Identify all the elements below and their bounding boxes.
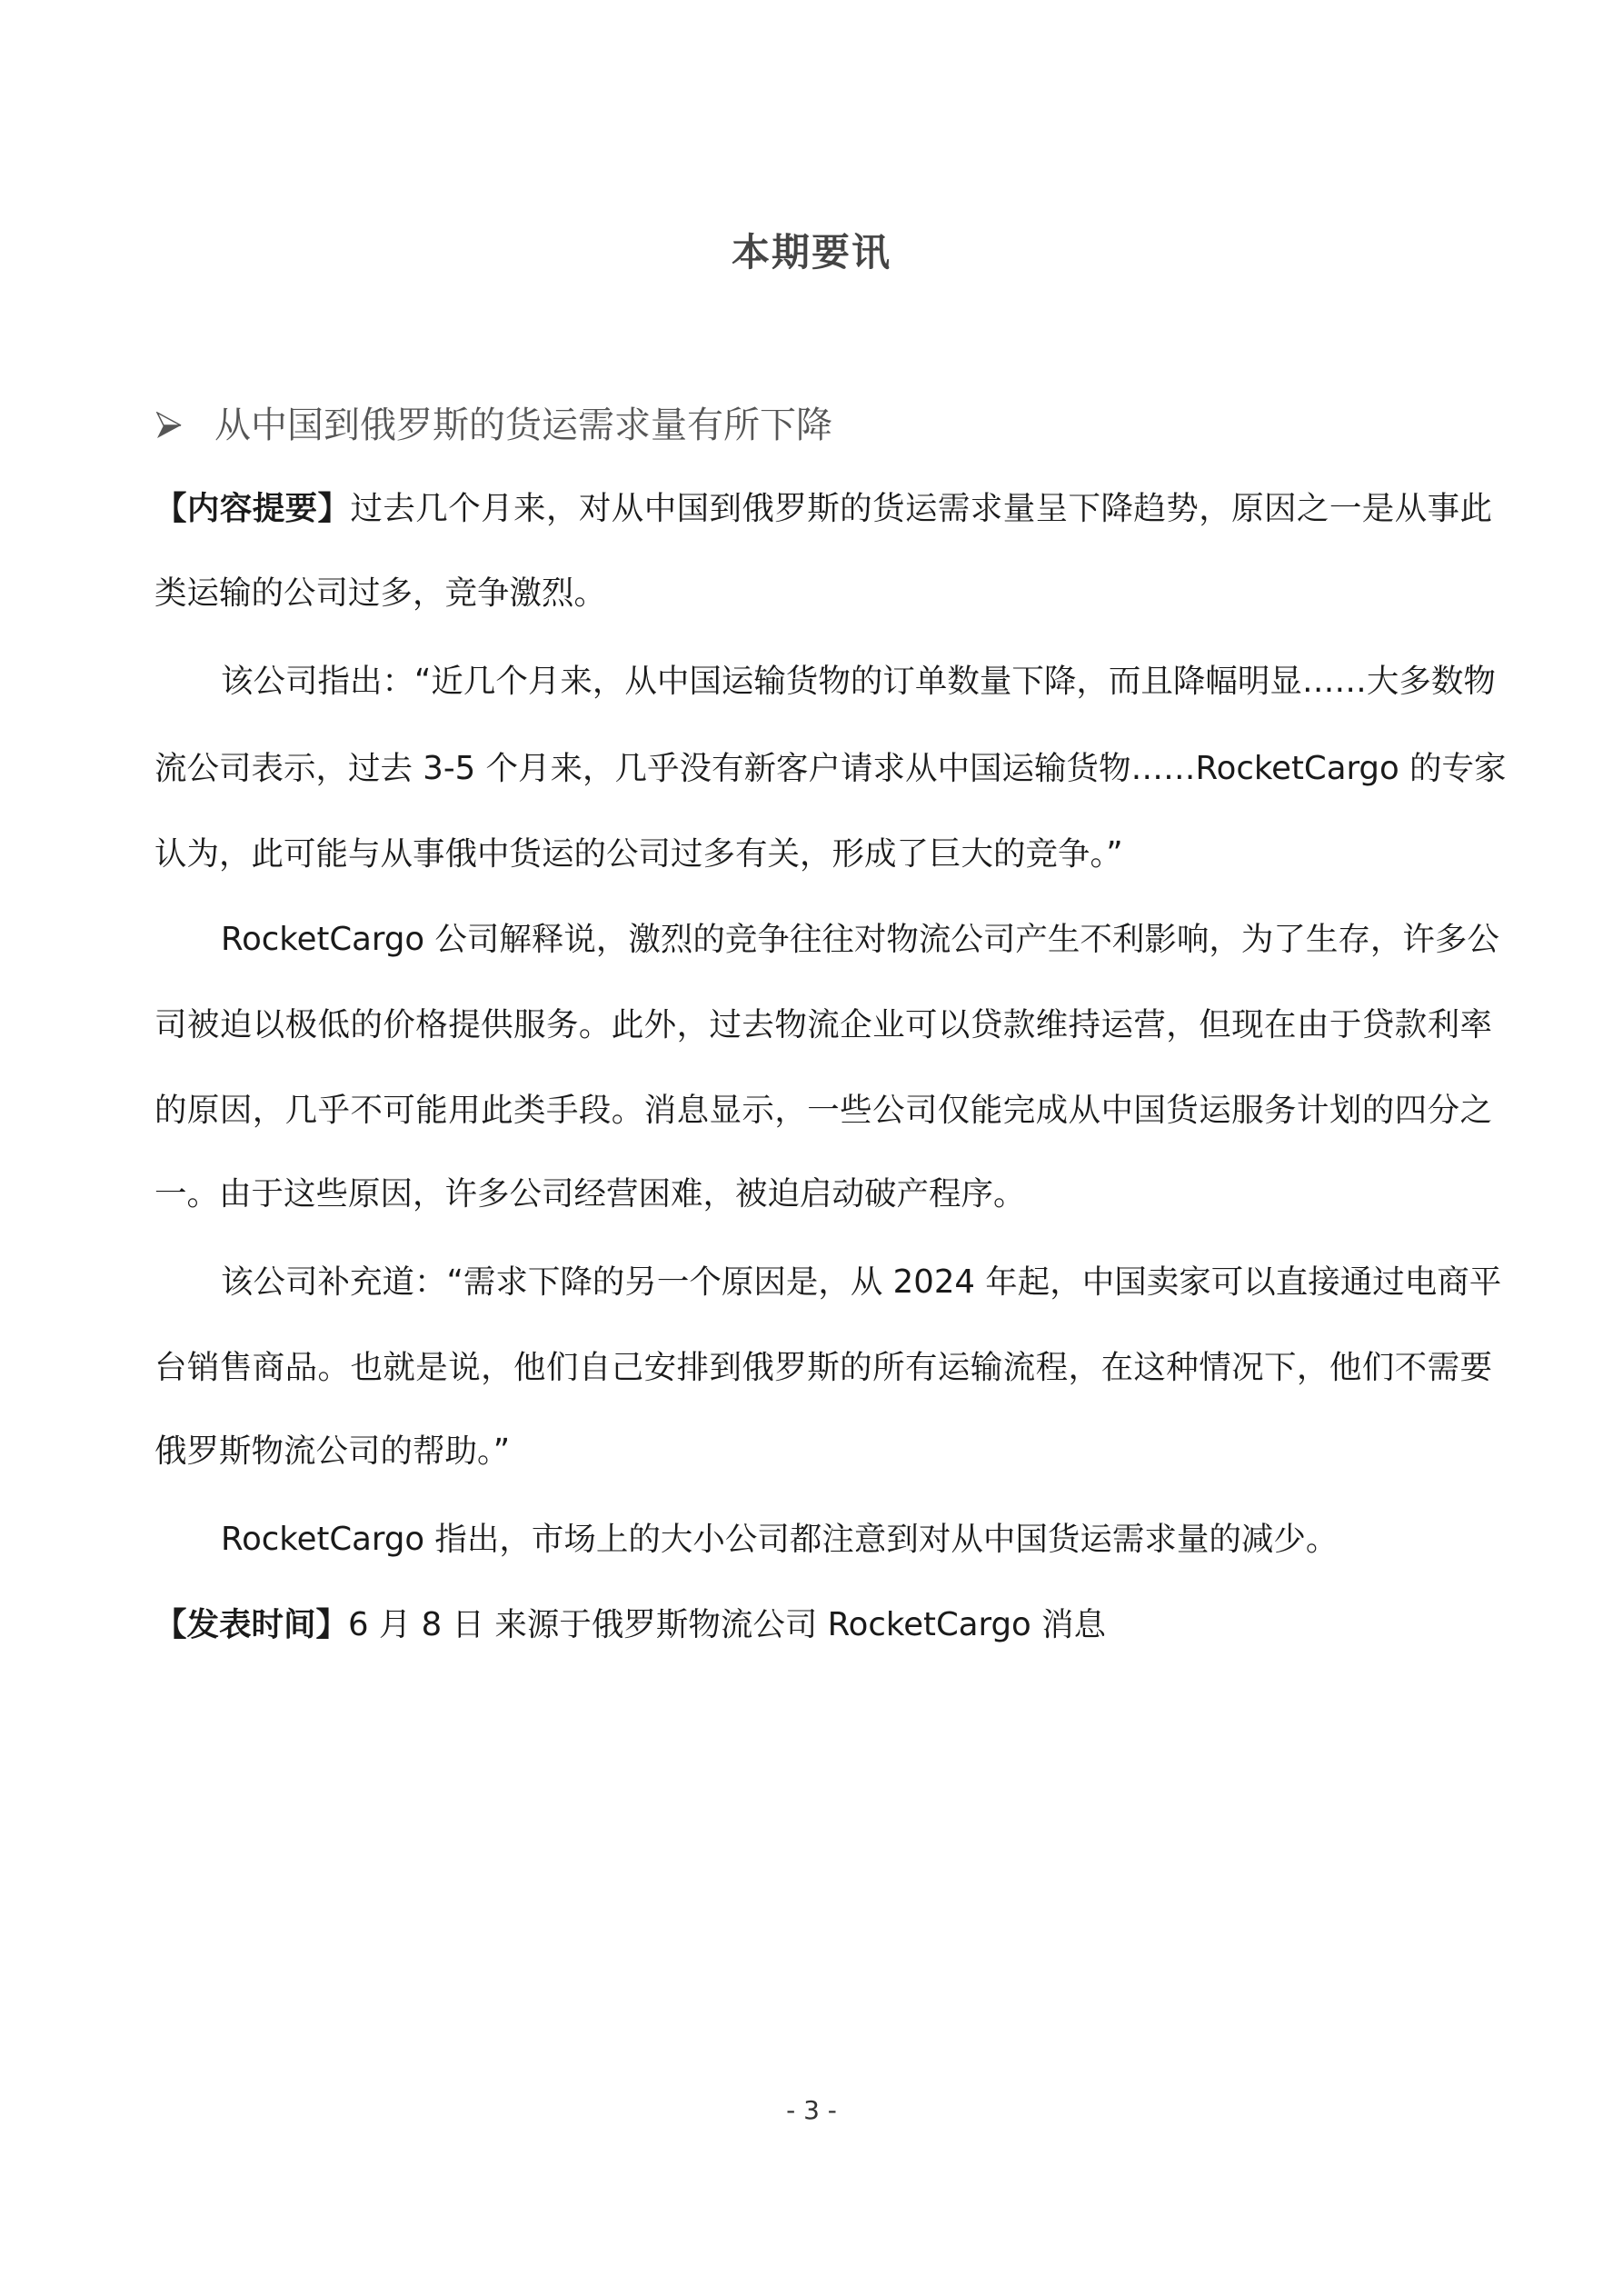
- summary-label: 【内容提要】: [154, 490, 350, 527]
- paragraph-line: 台销售商品。也就是说，他们自己安排到俄罗斯的所有运输流程，在这种情况下，他们不需…: [154, 1345, 1492, 1391]
- paragraph-line: 该公司补充道：“需求下降的另一个原因是，从 2024 年起，中国卖家可以直接通过…: [221, 1260, 1492, 1305]
- paragraph-line: 认为，此可能与从事俄中货运的公司过多有关，形成了巨大的竞争。”: [154, 832, 1123, 877]
- paragraph-line: 司被迫以极低的价格提供服务。此外，过去物流企业可以贷款维持运营，但现在由于贷款利…: [154, 1003, 1492, 1048]
- paragraph-line: 一。由于这些原因，许多公司经营困难，被迫启动破产程序。: [154, 1172, 1026, 1217]
- paragraph-line: RocketCargo 公司解释说，激烈的竞争往往对物流公司产生不利影响，为了生…: [221, 917, 1492, 963]
- publish-text: 6 月 8 日 来源于俄罗斯物流公司 RocketCargo 消息: [348, 1606, 1106, 1643]
- paragraph-line: 流公司表示，过去 3-5 个月来，几乎没有新客户请求从中国运输货物……Rocke…: [154, 746, 1492, 792]
- page-title: 本期要讯: [0, 227, 1623, 278]
- publish-label: 【发表时间】: [154, 1606, 348, 1643]
- paragraph-line: 俄罗斯物流公司的帮助。”: [154, 1429, 510, 1474]
- publish-info: 【发表时间】6 月 8 日 来源于俄罗斯物流公司 RocketCargo 消息: [154, 1602, 1106, 1648]
- summary-line: 类运输的公司过多，竞争激烈。: [154, 571, 606, 616]
- paragraph-line: RocketCargo 指出，市场上的大小公司都注意到对从中国货运需求量的减少。: [221, 1517, 1338, 1562]
- article-heading: 从中国到俄罗斯的货运需求量有所下降: [156, 400, 832, 451]
- paragraph-line: 的原因，几乎不可能用此类手段。消息显示，一些公司仅能完成从中国货运服务计划的四分…: [154, 1088, 1492, 1133]
- paragraph-line: 该公司指出：“近几个月来，从中国运输货物的订单数量下降，而且降幅明显……大多数物: [221, 659, 1492, 704]
- heading-text: 从中国到俄罗斯的货运需求量有所下降: [214, 400, 832, 451]
- page-number: - 3 -: [0, 2092, 1623, 2129]
- arrow-bullet-icon: [156, 412, 182, 439]
- summary-line: 【内容提要】过去几个月来，对从中国到俄罗斯的货运需求量呈下降趋势，原因之一是从事…: [154, 486, 1492, 532]
